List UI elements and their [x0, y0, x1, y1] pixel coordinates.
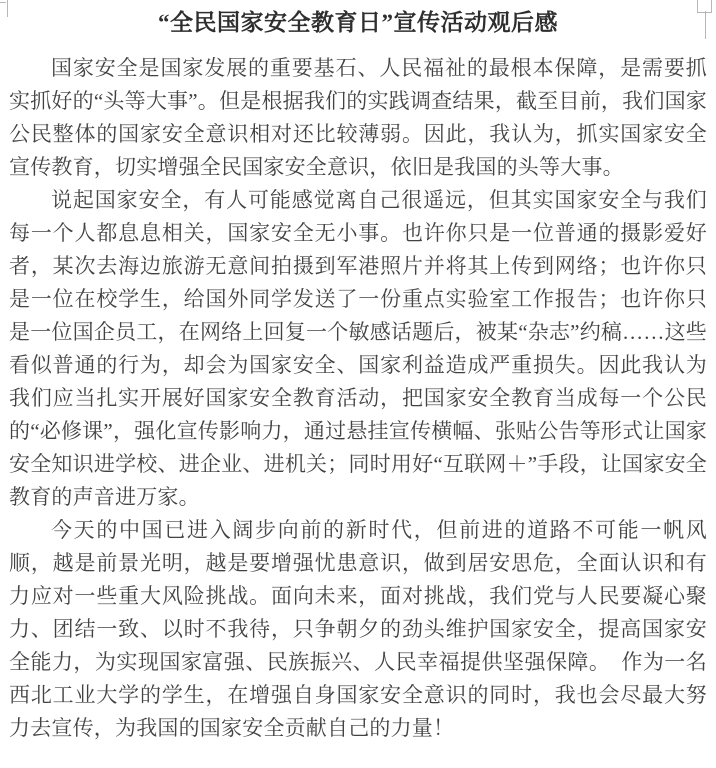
essay-content: “全民国家安全教育日”宣传活动观后感 国家安全是国家发展的重要基石、人民福祉的最… [9, 8, 707, 745]
essay-paragraph-1: 国家安全是国家发展的重要基石、人民福祉的最根本保障，是需要抓实抓好的“头等大事”… [9, 52, 707, 184]
essay-page: “全民国家安全教育日”宣传活动观后感 国家安全是国家发展的重要基石、人民福祉的最… [0, 0, 716, 768]
scan-artifact-top-left-line [7, 0, 8, 17]
scan-artifact-top-left-tick [0, 2, 6, 3]
essay-title: “全民国家安全教育日”宣传活动观后感 [9, 8, 707, 38]
essay-paragraph-2: 说起国家安全，有人可能感觉离自己很遥远，但其实国家安全与我们每一个人都息息相关，… [9, 184, 707, 514]
essay-paragraph-3: 今天的中国已进入阔步向前的新时代，但前进的道路不可能一帆风顺，越是前景光明，越是… [9, 514, 707, 745]
